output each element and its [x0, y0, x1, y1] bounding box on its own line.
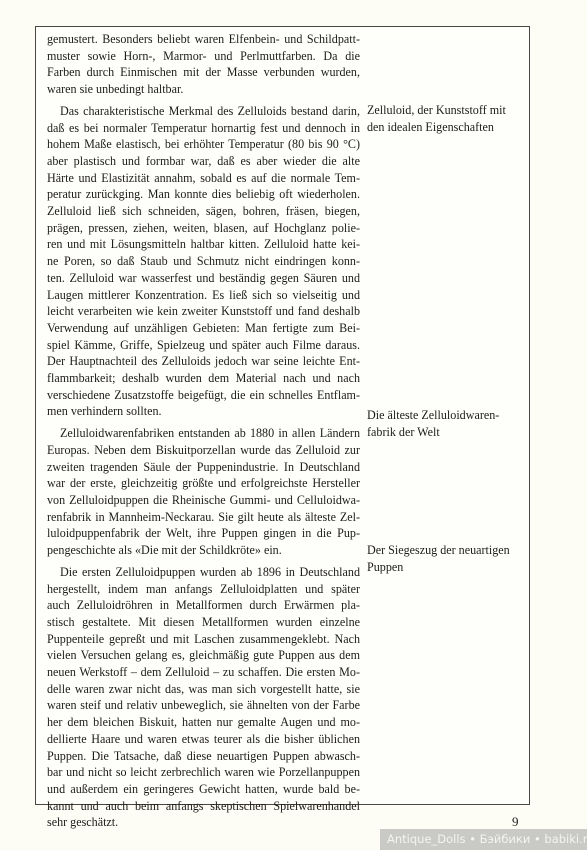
text-line: pengeschichte als «Die mit der Schildkrö… — [47, 542, 360, 559]
text-line: Der Hauptnachteil des Zelluloids jedoch … — [47, 353, 360, 370]
text-line: Zelluloidwarenfabriken entstanden ab 188… — [47, 425, 360, 442]
text-line: Das charakteristische Merkmal des Zellul… — [47, 103, 360, 120]
margin-note-oldest-factory: Die älteste Zelluloidwaren- fabrik der W… — [367, 407, 527, 440]
text-line: verschiedene Zusatzstoffe beigefügt, die… — [47, 387, 360, 404]
text-line: hohem Maße elastisch, bei erhöhter Tempe… — [47, 136, 360, 153]
text-line: neuen Werkstoff – dem Zelluloid – zu sch… — [47, 664, 360, 681]
text-line: ten. Zelluloid war wasserfest und bestän… — [47, 270, 360, 287]
text-line: vielen Versuchen gelang es, gleichmäßig … — [47, 647, 360, 664]
text-line: delle waren zwar nicht das, was man sich… — [47, 681, 360, 698]
margin-note-line: Puppen — [367, 559, 527, 576]
margin-note-line: den idealen Eigenschaften — [367, 119, 527, 136]
text-line: daß es bei normaler Temperatur hornartig… — [47, 120, 360, 137]
paragraph-1: gemustert. Besonders beliebt waren Elfen… — [47, 31, 360, 98]
margin-note-line: Der Siegeszug der neuartigen — [367, 542, 527, 559]
text-line: ne Poren, so daß Staub und Schmutz nicht… — [47, 253, 360, 270]
margin-note-line: Zelluloid, der Kunststoff mit — [367, 102, 527, 119]
text-line: flammbarkeit; deshalb wurden dem Materia… — [47, 370, 360, 387]
text-line: luloidpuppenfabrik der Welt, ihre Puppen… — [47, 525, 360, 542]
text-line: muster sowie Horn-, Marmor- und Perlmutt… — [47, 48, 360, 65]
page-number: 9 — [512, 814, 519, 830]
paragraph-4: Die ersten Zelluloidpuppen wurden ab 189… — [47, 564, 360, 831]
paragraph-3: Zelluloidwarenfabriken entstanden ab 188… — [47, 425, 360, 559]
text-line: waren steif und relativ unbeweglich, sie… — [47, 697, 360, 714]
text-line: Europas. Neben dem Biskuitporzellan wurd… — [47, 442, 360, 459]
text-line: Laugen mittlerer Konzentration. Es ließ … — [47, 287, 360, 304]
text-line: und außerdem ein geringeres Gewicht hatt… — [47, 781, 360, 798]
margin-note-properties: Zelluloid, der Kunststoff mit den ideale… — [367, 102, 527, 135]
text-line: leicht verarbeiten wie kein zweiter Kuns… — [47, 303, 360, 320]
text-line: peratur zurückging. Man konnte dies beli… — [47, 186, 360, 203]
text-line: renfabrik in Mannheim-Neckarau. Sie gilt… — [47, 509, 360, 526]
margin-note-triumph: Der Siegeszug der neuartigen Puppen — [367, 542, 527, 575]
main-text-column: gemustert. Besonders beliebt waren Elfen… — [47, 31, 360, 836]
text-line: Puppenteile gepreßt und mit Laschen zusa… — [47, 631, 360, 648]
text-line: men verhindern sollten. — [47, 403, 360, 420]
text-line: Puppen. Die Tatsache, daß diese neuartig… — [47, 748, 360, 765]
watermark: Antique_Dolls • Бэйбики • babiki.ru — [380, 829, 587, 850]
text-line: dellierte Haare und waren etwas teurer a… — [47, 731, 360, 748]
text-line: her dem bleichen Biskuit, hatten nur gem… — [47, 714, 360, 731]
paragraph-2: Das charakteristische Merkmal des Zellul… — [47, 103, 360, 420]
margin-note-line: fabrik der Welt — [367, 424, 527, 441]
text-line: Die ersten Zelluloidpuppen wurden ab 189… — [47, 564, 360, 581]
text-line: spiel Kämme, Griffe, Spielzeug und späte… — [47, 337, 360, 354]
text-line: stisch gestaltete. Mit diesen Metallform… — [47, 614, 360, 631]
margin-note-line: Die älteste Zelluloidwaren- — [367, 407, 527, 424]
text-line: Zelluloid ließ sich schneiden, sägen, bo… — [47, 203, 360, 220]
text-line: gemustert. Besonders beliebt waren Elfen… — [47, 31, 360, 48]
text-line: zweiten tragenden Säule der Puppenindust… — [47, 459, 360, 476]
text-line: Verwendung auf unzähligen Gebieten: Man … — [47, 320, 360, 337]
text-line: waren sie unbedingt haltbar. — [47, 81, 360, 98]
text-line: Härte und Elastizität annahm, sobald es … — [47, 170, 360, 187]
text-line: sehr geschätzt. — [47, 814, 360, 831]
text-line: hergestellt, indem man anfangs Zelluloid… — [47, 581, 360, 598]
text-line: von Zelluloidpuppen die Rheinische Gummi… — [47, 492, 360, 509]
text-line: ren und mit Lösungsmitteln haltbar kitte… — [47, 236, 360, 253]
text-line: bar und nicht so leicht zerbrechlich war… — [47, 764, 360, 781]
text-line: Farben durch Einmischen mit der Masse ve… — [47, 64, 360, 81]
text-line: prägen, pressen, ziehen, weiten, blasen,… — [47, 220, 360, 237]
text-line: kannt und auch beim anfangs skeptischen … — [47, 798, 360, 815]
text-line: auch Zelluloidröhren in Metallformen dur… — [47, 597, 360, 614]
text-line: aber plastisch und formbar war, daß es a… — [47, 153, 360, 170]
text-line: war der erste, gleichzeitig größte und e… — [47, 475, 360, 492]
